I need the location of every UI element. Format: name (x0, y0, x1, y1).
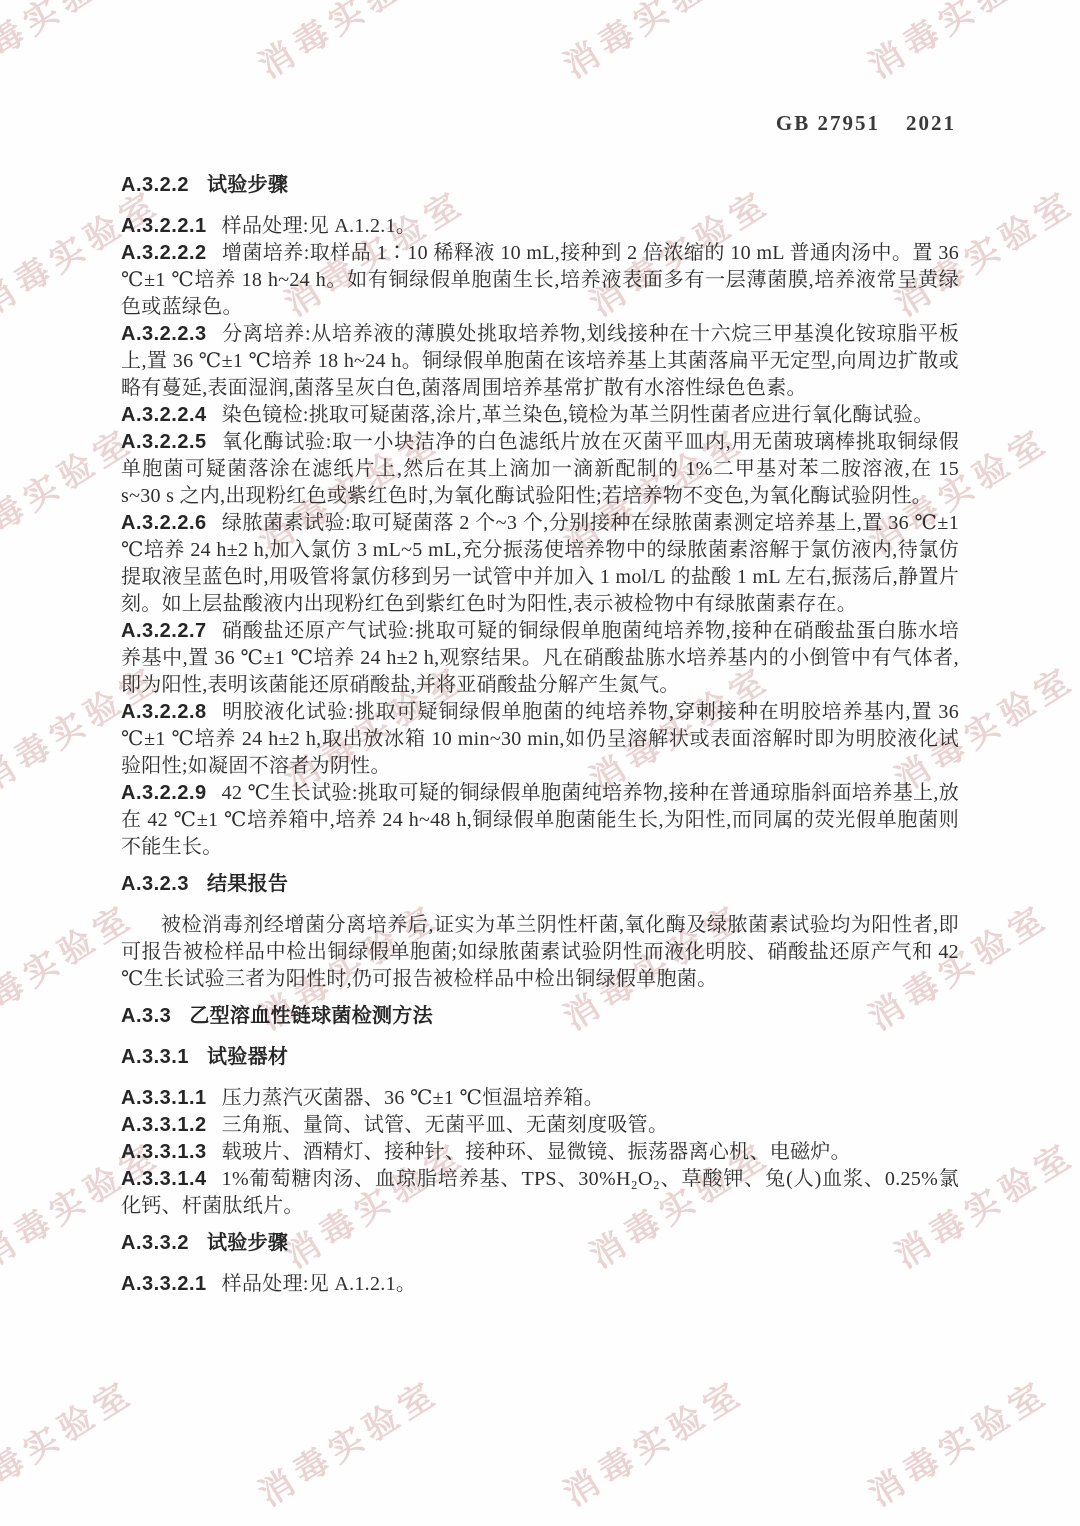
clause-paragraph: A.3.2.2.1样品处理:见 A.1.2.1。 (121, 213, 959, 240)
clause-number: A.3.2.2.7 (121, 620, 207, 642)
standard-year: 2021 (906, 111, 956, 135)
clause-paragraph: A.3.3.1.41%葡萄糖肉汤、血琼脂培养基、TPS、30%H₂O₂、草酸钾、… (121, 1166, 959, 1220)
clause-text: 绿脓菌素试验:取可疑菌落 2 个~3 个,分别接种在绿脓菌素测定培养基上,置 3… (121, 512, 959, 615)
section-heading: A.3.3.1试验器材 (121, 1044, 959, 1071)
clause-number: A.3.2.2.5 (121, 431, 207, 453)
watermark-text: 消毒实验室 (553, 0, 753, 88)
clause-paragraph: A.3.2.2.2增菌培养:取样品 1∶10 稀释液 10 mL,接种到 2 倍… (121, 240, 959, 321)
clause-paragraph: A.3.3.1.2三角瓶、量筒、试管、无菌平皿、无菌刻度吸管。 (121, 1112, 959, 1139)
section-heading: A.3.2.3结果报告 (121, 871, 959, 898)
watermark-text: 消毒实验室 (553, 1365, 753, 1515)
clause-number: A.3.2.2.6 (121, 512, 207, 534)
section-heading: A.3.3乙型溶血性链球菌检测方法 (121, 1003, 959, 1030)
clause-text: 载玻片、酒精灯、接种针、接种环、显微镜、振荡器离心机、电磁炉。 (222, 1141, 851, 1163)
clause-paragraph: A.3.2.2.7硝酸盐还原产气试验:挑取可疑的铜绿假单胞菌纯培养物,接种在硝酸… (121, 618, 959, 699)
section-heading: A.3.3.2试验步骤 (121, 1230, 959, 1257)
heading-title: 试验步骤 (207, 174, 288, 196)
doc-header: GB 279512021 (776, 111, 956, 136)
clause-text: 分离培养:从培养液的薄膜处挑取培养物,划线接种在十六烷三甲基溴化铵琼脂平板上,置… (121, 323, 959, 399)
clause-paragraph: A.3.2.2.8明胶液化试验:挑取可疑铜绿假单胞菌的纯培养物,穿刺接种在明胶培… (121, 699, 959, 780)
clause-text: 增菌培养:取样品 1∶10 稀释液 10 mL,接种到 2 倍浓缩的 10 mL… (121, 242, 959, 318)
clause-text: 明胶液化试验:挑取可疑铜绿假单胞菌的纯培养物,穿刺接种在明胶培养基内,置 36 … (121, 701, 959, 777)
clause-paragraph: A.3.3.1.1压力蒸汽灭菌器、36 ℃±1 ℃恒温培养箱。 (121, 1085, 959, 1112)
heading-number: A.3.2.3 (121, 873, 189, 895)
doc-body: A.3.2.2试验步骤A.3.2.2.1样品处理:见 A.1.2.1。A.3.2… (121, 172, 959, 1298)
clause-number: A.3.2.2.1 (121, 215, 207, 237)
clause-number: A.3.3.1.1 (121, 1087, 207, 1109)
clause-number: A.3.2.2.8 (121, 701, 207, 723)
clause-number: A.3.2.2.3 (121, 323, 207, 345)
watermark-text: 消毒实验室 (858, 0, 1058, 88)
clause-text: 1%葡萄糖肉汤、血琼脂培养基、TPS、30%H₂O₂、草酸钾、兔(人)血浆、0.… (121, 1168, 959, 1217)
clause-number: A.3.2.2.4 (121, 404, 207, 426)
heading-title: 乙型溶血性链球菌检测方法 (189, 1005, 433, 1027)
clause-paragraph: A.3.2.2.942 ℃生长试验:挑取可疑的铜绿假单胞菌纯培养物,接种在普通琼… (121, 780, 959, 861)
heading-number: A.3.3 (121, 1005, 171, 1027)
page: 消毒实验室消毒实验室消毒实验室消毒实验室消毒实验室消毒实验室消毒实验室消毒实验室… (0, 0, 1080, 1526)
watermark-text: 消毒实验室 (248, 0, 448, 88)
heading-number: A.3.2.2 (121, 174, 189, 196)
section-heading: A.3.2.2试验步骤 (121, 172, 959, 199)
heading-title: 试验步骤 (207, 1232, 288, 1254)
clause-text: 样品处理:见 A.1.2.1。 (222, 215, 417, 237)
clause-text: 42 ℃生长试验:挑取可疑的铜绿假单胞菌纯培养物,接种在普通琼脂斜面培养基上,放… (121, 782, 959, 858)
clause-number: A.3.2.2.2 (121, 242, 207, 264)
watermark-text: 消毒实验室 (0, 0, 142, 88)
clause-number: A.3.3.1.2 (121, 1114, 207, 1136)
clause-number: A.3.2.2.9 (121, 782, 207, 804)
heading-number: A.3.3.2 (121, 1232, 189, 1254)
watermark-text: 消毒实验室 (0, 1365, 142, 1515)
standard-number: GB 27951 (776, 111, 880, 135)
clause-text: 染色镜检:挑取可疑菌落,涂片,革兰染色,镜检为革兰阴性菌者应进行氧化酶试验。 (222, 404, 934, 426)
clause-text: 压力蒸汽灭菌器、36 ℃±1 ℃恒温培养箱。 (222, 1087, 604, 1109)
clause-text: 样品处理:见 A.1.2.1。 (222, 1273, 417, 1295)
clause-paragraph: A.3.3.1.3载玻片、酒精灯、接种针、接种环、显微镜、振荡器离心机、电磁炉。 (121, 1139, 959, 1166)
watermark-text: 消毒实验室 (248, 1365, 448, 1515)
clause-number: A.3.3.1.4 (121, 1168, 207, 1190)
clause-number: A.3.3.1.3 (121, 1141, 207, 1163)
clause-text: 硝酸盐还原产气试验:挑取可疑的铜绿假单胞菌纯培养物,接种在硝酸盐蛋白胨水培养基中… (121, 620, 959, 696)
clause-paragraph: A.3.2.2.5氧化酶试验:取一小块洁净的白色滤纸片放在灭菌平皿内,用无菌玻璃… (121, 429, 959, 510)
watermark-text: 消毒实验室 (858, 1365, 1058, 1515)
heading-title: 结果报告 (207, 873, 288, 895)
body-paragraph: 被检消毒剂经增菌分离培养后,证实为革兰阴性杆菌,氧化酶及绿脓菌素试验均为阳性者,… (121, 912, 959, 993)
clause-text: 三角瓶、量筒、试管、无菌平皿、无菌刻度吸管。 (222, 1114, 669, 1136)
clause-number: A.3.3.2.1 (121, 1273, 207, 1295)
clause-paragraph: A.3.3.2.1样品处理:见 A.1.2.1。 (121, 1271, 959, 1298)
clause-paragraph: A.3.2.2.4染色镜检:挑取可疑菌落,涂片,革兰染色,镜检为革兰阴性菌者应进… (121, 402, 959, 429)
clause-paragraph: A.3.2.2.6绿脓菌素试验:取可疑菌落 2 个~3 个,分别接种在绿脓菌素测… (121, 510, 959, 618)
heading-number: A.3.3.1 (121, 1046, 189, 1068)
clause-text: 氧化酶试验:取一小块洁净的白色滤纸片放在灭菌平皿内,用无菌玻璃棒挑取铜绿假单胞菌… (121, 431, 959, 507)
clause-paragraph: A.3.2.2.3分离培养:从培养液的薄膜处挑取培养物,划线接种在十六烷三甲基溴… (121, 321, 959, 402)
heading-title: 试验器材 (207, 1046, 288, 1068)
